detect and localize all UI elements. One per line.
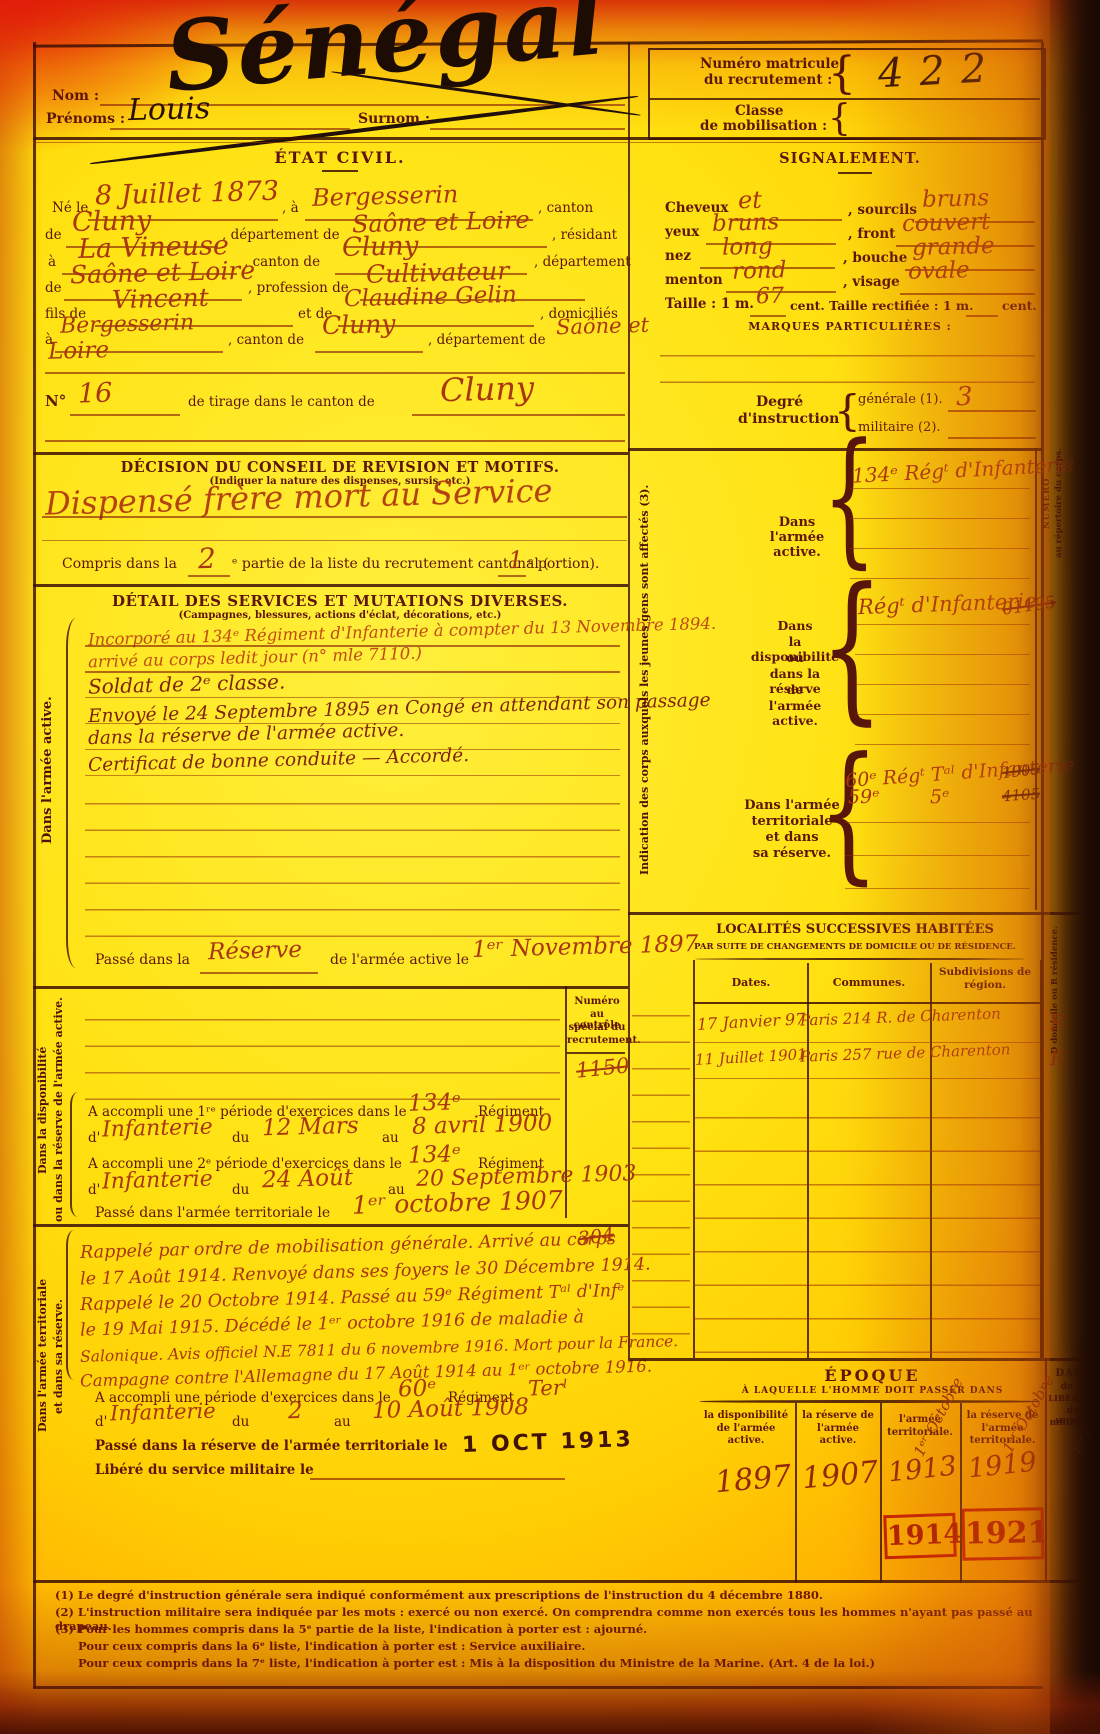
repertoire-col-line bbox=[1035, 448, 1037, 910]
decision-rule bbox=[33, 452, 628, 455]
services-title: DÉTAIL DES SERVICES ET MUTATIONS DIVERSE… bbox=[60, 592, 620, 610]
classe-label-2: de mobilisation : bbox=[700, 118, 827, 134]
epo-value-1919: 1919 bbox=[967, 1446, 1039, 1484]
surnom-line bbox=[430, 128, 625, 130]
margin-label-armee-active: Dans l'armée active. bbox=[40, 640, 55, 900]
frame-bottom bbox=[33, 1686, 1043, 1689]
matricule-label-2: du recrutement : bbox=[704, 72, 832, 88]
dispo-brace-curve bbox=[70, 1092, 86, 1217]
margin-label-territoriale-2: et dans sa réserve. bbox=[52, 1262, 65, 1452]
ctrl-label-3: spécial du bbox=[567, 1022, 627, 1033]
header-rule bbox=[33, 137, 1041, 140]
localites-empty-rows bbox=[693, 1085, 1041, 1357]
classe-label: Classe bbox=[735, 103, 783, 119]
loc-col-subdivisions: Subdivisions de région. bbox=[932, 966, 1038, 991]
epoque-subtitle: À LAQUELLE L'HOMME DOIT PASSER DANS bbox=[700, 1386, 1045, 1396]
epoque-brace-line bbox=[700, 1400, 1040, 1403]
footer-rule bbox=[33, 1580, 1080, 1583]
margin-label-disponibilite: Dans la disponibilité bbox=[36, 1010, 49, 1210]
decision-line-2 bbox=[42, 540, 627, 541]
signalement-title: SIGNALEMENT. bbox=[700, 150, 1000, 167]
loc-dr-label: D domicile ou R résidence. bbox=[1050, 958, 1060, 1054]
signalement-dash bbox=[838, 172, 872, 174]
loc-col-communes: Communes. bbox=[809, 976, 929, 989]
epo-date-col: DATE bbox=[1048, 1368, 1098, 1379]
epo-value-1897: 1897 bbox=[714, 1459, 793, 1501]
corps-terr-number-2: 4105 bbox=[1001, 785, 1040, 806]
classe-brace: { bbox=[828, 98, 851, 139]
matricule-value: 422 bbox=[877, 45, 1004, 97]
epo-col-line-3 bbox=[960, 1403, 962, 1583]
footnote: Pour ceux compris dans la 6ᵉ liste, l'in… bbox=[78, 1639, 1068, 1653]
service-entry: Soldat de 2ᵉ classe. bbox=[88, 669, 286, 698]
date-stamp: 1 OCT 1913 bbox=[462, 1427, 634, 1458]
marques-empty-lines bbox=[660, 330, 1035, 386]
epo-boxed-1914: 1914 bbox=[883, 1513, 956, 1559]
epo-col-1: la disponibilité de l'armée active. bbox=[700, 1410, 792, 1448]
epo-boxed-1921: 1921 bbox=[962, 1507, 1045, 1560]
services-empty-lines bbox=[85, 778, 620, 943]
footnote: (3) Pour les hommes compris dans la 5ᵉ p… bbox=[55, 1622, 1065, 1636]
localites-top-rule bbox=[628, 912, 1080, 915]
surnom-label: Surnom : bbox=[358, 111, 430, 127]
etat-civil-title: ÉTAT CIVIL. bbox=[150, 148, 530, 167]
dispo-empty-lines bbox=[85, 994, 560, 1100]
epoque-top-rule bbox=[628, 1358, 1098, 1361]
degre-generale-value: 3 bbox=[956, 382, 973, 412]
services-top-rule bbox=[33, 584, 628, 587]
footnote: Pour ceux compris dans la 7ᵉ liste, l'in… bbox=[78, 1656, 1068, 1670]
bottom-edge-shadow bbox=[0, 1670, 1100, 1734]
corps-terr-value-3: 5ᵉ bbox=[930, 786, 950, 809]
matricule-brace: { bbox=[828, 48, 856, 99]
margin-label-disponibilite-2: ou dans la réserve de l'armée active. bbox=[52, 990, 65, 1230]
localites-subtitle: PAR SUITE DE CHANGEMENTS DE DOMICILE OU … bbox=[675, 942, 1035, 952]
epoque-title: ÉPOQUE bbox=[700, 1366, 1045, 1385]
localites-title: LOCALITÉS SUCCESSIVES HABITÉES bbox=[675, 922, 1035, 937]
matricule-label: Numéro matricule bbox=[700, 56, 839, 72]
military-register-sheet: { "theme": { "paper": "#ffd90f", "ink": … bbox=[0, 0, 1100, 1734]
prenoms-line bbox=[110, 128, 350, 130]
ctrl-label: Numéro bbox=[567, 996, 627, 1007]
header-rule-2 bbox=[33, 142, 1041, 143]
prenoms-label: Prénoms : bbox=[46, 111, 125, 127]
margin-label-indication-corps: Indication des corps auxquels les jeunes… bbox=[638, 460, 651, 900]
localites-brace-line bbox=[695, 958, 1025, 960]
margin-label-territoriale: Dans l'armée territoriale bbox=[36, 1250, 49, 1460]
etat-civil-title-dash bbox=[322, 170, 358, 172]
loc-col-dates: Dates. bbox=[695, 976, 807, 989]
decision-line bbox=[42, 516, 627, 518]
ctrl-label-4: recrutement. bbox=[567, 1035, 627, 1046]
prenoms-value: Louis bbox=[128, 91, 211, 128]
epo-col-2: la réserve de l'armée active. bbox=[798, 1410, 878, 1448]
footnote: (1) Le degré d'instruction générale sera… bbox=[55, 1588, 1065, 1602]
dispo-top-rule bbox=[33, 986, 628, 989]
epo-col-line-2 bbox=[880, 1403, 882, 1583]
left-strip-lines bbox=[632, 990, 690, 1358]
epo-value-1913: 1913 bbox=[887, 1450, 959, 1488]
loc-header-rule bbox=[693, 1002, 1041, 1004]
ctrl-number: 1150 bbox=[575, 1053, 631, 1082]
corps-terr-value-2: 59ᵉ bbox=[848, 786, 880, 809]
services-brace-curve bbox=[66, 618, 86, 968]
epo-value-1907: 1907 bbox=[801, 1455, 880, 1497]
terr-top-rule bbox=[33, 1224, 628, 1227]
nom-label: Nom : bbox=[52, 88, 99, 104]
epo-col-line-1 bbox=[795, 1403, 797, 1583]
name-signature: Sénégal bbox=[161, 0, 610, 114]
